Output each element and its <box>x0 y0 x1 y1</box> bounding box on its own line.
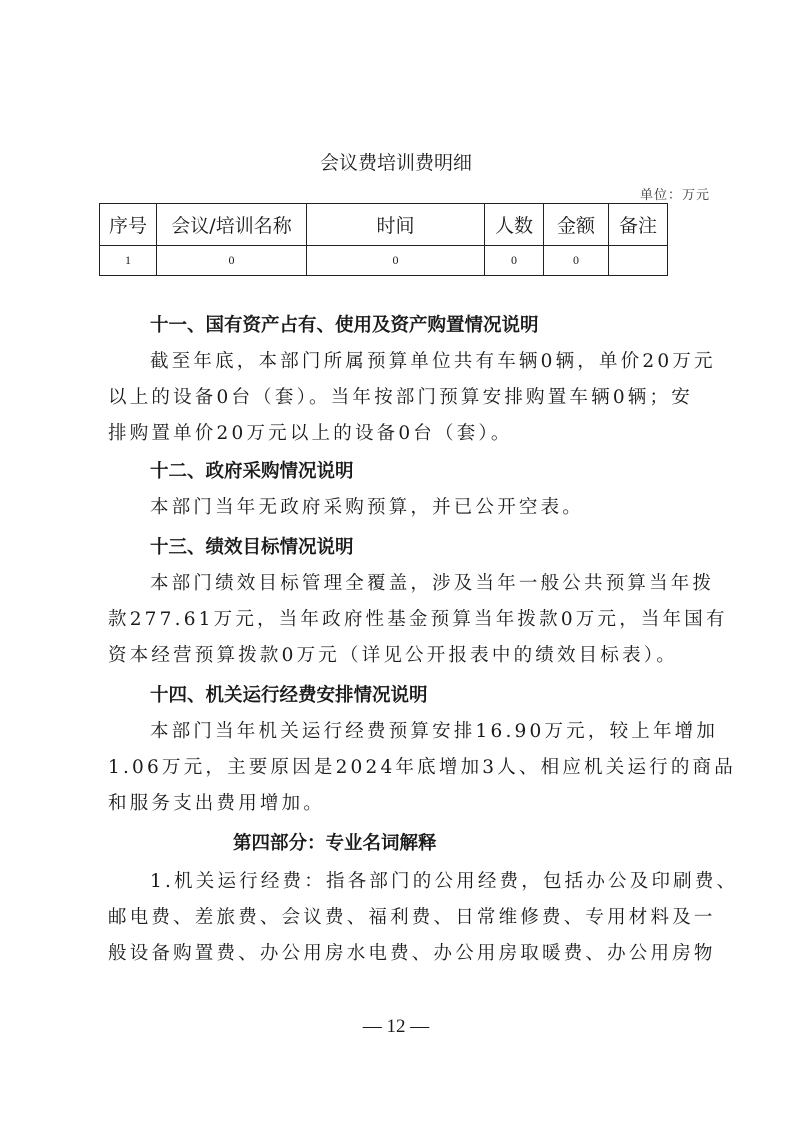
meeting-training-fee-table: 序号 会议/培训名称 时间 人数 金额 备注 1 0 0 0 0 <box>99 203 668 276</box>
header-cell-remark: 备注 <box>609 204 668 246</box>
cell-amount: 0 <box>544 246 609 276</box>
header-cell-amount: 金额 <box>544 204 609 246</box>
section-heading-operating-costs: 十四、机关运行经费安排情况说明 <box>150 681 428 707</box>
table-title: 会议费培训费明细 <box>0 148 792 175</box>
page-number: — 12 — <box>0 1016 792 1038</box>
paragraph-line: 资本经营预算拨款0万元（详见公开报表中的绩效目标表）。 <box>108 641 678 667</box>
header-cell-time: 时间 <box>307 204 485 246</box>
paragraph-line: 1.机关运行经费：指各部门的公用经费，包括办公及印刷费、 <box>150 867 738 893</box>
cell-people: 0 <box>485 246 544 276</box>
paragraph-line: 本部门当年机关运行经费预算安排16.90万元，较上年增加 <box>150 717 718 743</box>
unit-label: 单位：万元 <box>640 184 710 203</box>
header-cell-index: 序号 <box>100 204 157 246</box>
paragraph-line: 和服务支出费用增加。 <box>108 789 325 815</box>
paragraph-line: 本部门绩效目标管理全覆盖，涉及当年一般公共预算当年拨 <box>150 569 714 595</box>
section-heading-procurement: 十二、政府采购情况说明 <box>150 457 354 483</box>
cell-remark <box>609 246 668 276</box>
table-header-row: 序号 会议/培训名称 时间 人数 金额 备注 <box>100 204 668 246</box>
paragraph-line: 本部门当年无政府采购预算，并已公开空表。 <box>150 493 584 519</box>
header-cell-name: 会议/培训名称 <box>157 204 307 246</box>
section-heading-performance: 十三、绩效目标情况说明 <box>150 533 354 559</box>
table-row: 1 0 0 0 0 <box>100 246 668 276</box>
header-cell-people: 人数 <box>485 204 544 246</box>
cell-time: 0 <box>307 246 485 276</box>
section-heading-assets: 十一、国有资产占有、使用及资产购置情况说明 <box>150 311 539 337</box>
paragraph-line: 邮电费、差旅费、会议费、福利费、日常维修费、专用材料及一 <box>108 903 716 929</box>
paragraph-line: 款277.61万元，当年政府性基金预算当年拨款0万元，当年国有 <box>108 605 728 631</box>
paragraph-line: 截至年底，本部门所属预算单位共有车辆0辆，单价20万元 <box>150 347 716 373</box>
part-heading-glossary: 第四部分：专业名词解释 <box>233 829 437 855</box>
paragraph-line: 以上的设备0台（套）。当年按部门预算安排购置车辆0辆；安 <box>108 383 693 409</box>
paragraph-line: 1.06万元，主要原因是2024年底增加3人、相应机关运行的商品 <box>108 753 736 779</box>
cell-name: 0 <box>157 246 307 276</box>
paragraph-line: 般设备购置费、办公用房水电费、办公用房取暖费、办公用房物 <box>108 939 716 965</box>
paragraph-line: 排购置单价20万元以上的设备0台（套）。 <box>108 419 513 445</box>
cell-index: 1 <box>100 246 157 276</box>
